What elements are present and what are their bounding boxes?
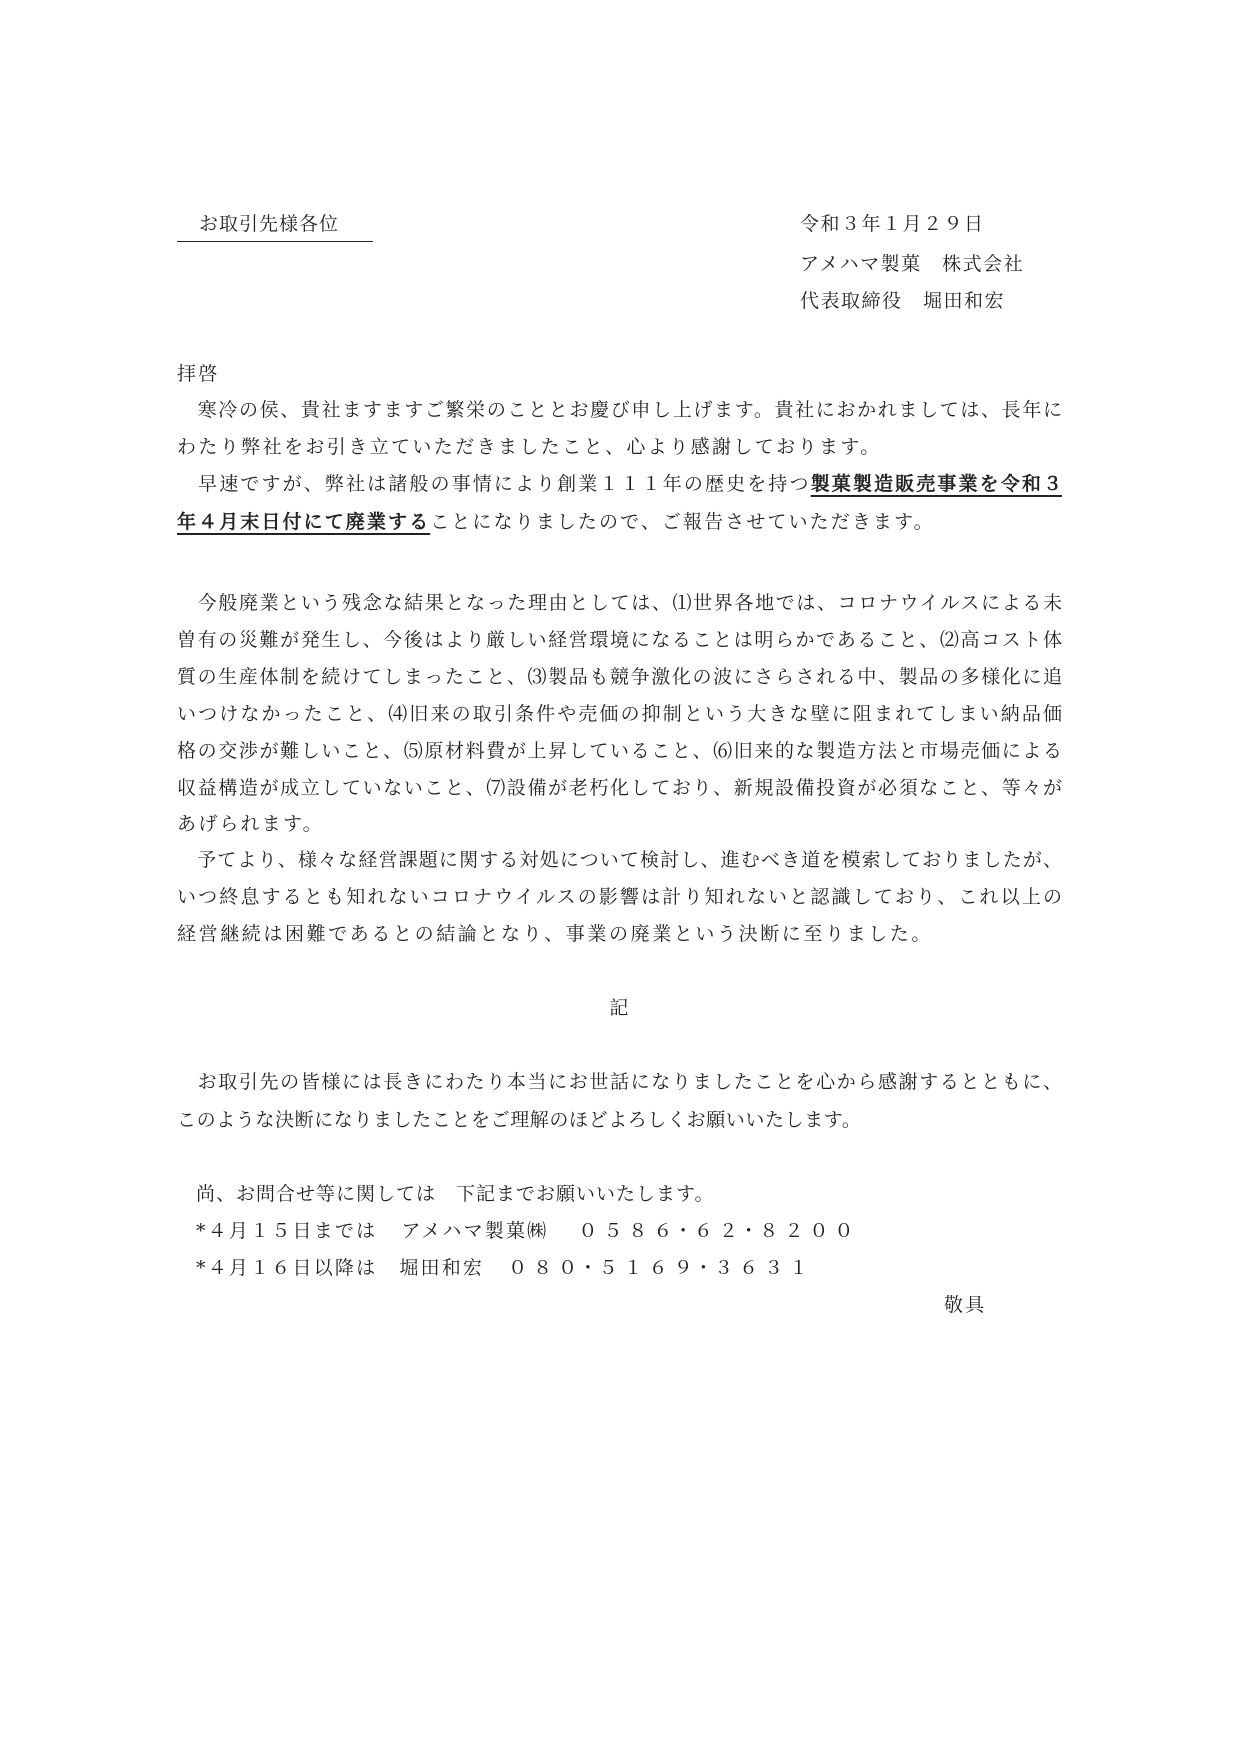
contact-phone: ０８０･５１６９･３６３１ (508, 1257, 814, 1279)
announcement-emphasis-1: 製菓製造販売事業を令和３ (811, 473, 1062, 495)
contact-phone: ０５８６･６２･８２００ (578, 1220, 859, 1242)
reasons-line-5: 格の交渉が難しいこと、⑸原材料費が上昇していること、⑹旧来的な製造方法と市場売価… (177, 738, 1062, 764)
decision-line-2: いつ終息するとも知れないコロナウイルスの影響は計り知れないと認識しており、これ以… (177, 884, 1062, 910)
contact-entry-2: *４月１６日以降は堀田和宏０８０･５１６９･３６３１ (196, 1255, 814, 1281)
letter-date: 令和３年１月２９日 (800, 211, 985, 237)
contact-period: *４月１５日までは (196, 1220, 377, 1242)
reasons-line-4: いつけなかったこと、⑷旧来の取引条件や売価の抑制という大きな壁に阻まれてしまい納… (177, 701, 1062, 727)
representative: 代表取締役 堀田和宏 (800, 288, 1005, 314)
addressee-text: お取引先様各位 (177, 211, 373, 242)
decision-line-1: 予てより、様々な経営課題に関する対処について検討し、進むべき道を模索しておりまし… (177, 847, 1062, 873)
decision-line-3: 経営継続は困難であるとの結論となり、事業の廃業という決断に至りました。 (177, 921, 933, 947)
greeting-line-1: 寒冷の侯、貴社ますますご繁栄のこととお慶び申し上げます。貴社におかれましては、長… (177, 397, 1062, 423)
announcement-line-1: 早速ですが、弊社は諸般の事情により創業１１１年の歴史を持つ製菓製造販売事業を令和… (177, 471, 1062, 497)
contact-name: 堀田和宏 (399, 1257, 484, 1279)
reasons-line-2: 曽有の災難が発生し、今後はより厳しい経営環境になることは明らかであること、⑵高コ… (177, 627, 1062, 653)
announcement-emphasis-2: 年４月末日付にて廃業する (177, 511, 430, 533)
addressee: お取引先様各位 (177, 211, 373, 242)
contact-intro: 尚、お問合せ等に関しては 下記までお願いいたします。 (196, 1181, 714, 1207)
announcement-line-2: 年４月末日付にて廃業することになりましたので、ご報告させていただきます。 (177, 509, 935, 535)
thanks-line-2: このような決断になりましたことをご理解のほどよろしくお願いいたします。 (177, 1107, 861, 1133)
thanks-line-1: お取引先の皆様には長きにわたり本当にお世話になりましたことを心から感謝するととも… (177, 1069, 1062, 1095)
reasons-line-6: 収益構造が成立していないこと、⑺設備が老朽化しており、新規設備投資が必須なこと、… (177, 775, 1062, 801)
reasons-line-3: 質の生産体制を続けてしまったこと、⑶製品も競争激化の波にさらされる中、製品の多様… (177, 664, 1062, 690)
company-name: アメハマ製菓 株式会社 (800, 251, 1024, 277)
contact-period: *４月１６日以降は (196, 1257, 377, 1279)
salutation: 拝啓 (177, 361, 219, 387)
reasons-line-7: あげられます。 (177, 811, 324, 837)
greeting-line-2: わたり弊社をお引き立ていただきましたこと、心より感謝しております。 (177, 434, 882, 460)
reasons-line-1: 今般廃業という残念な結果となった理由としては、⑴世界各地では、コロナウイルスによ… (177, 590, 1062, 616)
contact-entry-1: *４月１５日まではアメハマ製菓㈱０５８６･６２･８２００ (196, 1218, 859, 1244)
ki-heading: 記 (0, 995, 1240, 1021)
announcement-suffix: ことになりましたので、ご報告させていただきます。 (430, 511, 935, 533)
announcement-prefix: 早速ですが、弊社は諸般の事情により創業１１１年の歴史を持つ (177, 473, 811, 495)
contact-name: アメハマ製菓㈱ (401, 1220, 548, 1242)
closing-keigu: 敬具 (944, 1292, 986, 1318)
